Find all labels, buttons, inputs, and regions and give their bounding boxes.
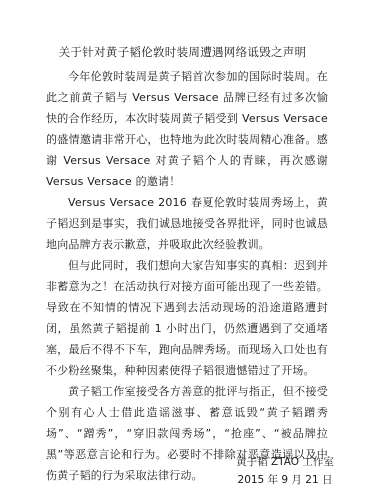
statement-page: 关于针对黄子韬伦敦时装周遭遇网络诋毁之声明 今年伦敦时装周是黄子韬首次参加的国际… [0,0,365,500]
paragraph-3: 但与此同时，我们想向大家告知事实的真相：迟到并非蓄意为之！在活动执行对接方面可能… [46,255,328,381]
statement-title: 关于针对黄子韬伦敦时装周遭遇网络诋毁之声明 [0,44,365,60]
paragraph-2: Versus Versace 2016 春夏伦敦时装周秀场上，黄子韬迟到是事实，… [46,192,328,255]
statement-body: 今年伦敦时装周是黄子韬首次参加的国际时装周。在此之前黄子韬与 Versus Ve… [46,66,328,486]
signature-studio: 黄子韬 ZTAO 工作室 [230,453,340,471]
paragraph-1: 今年伦敦时装周是黄子韬首次参加的国际时装周。在此之前黄子韬与 Versus Ve… [46,66,328,192]
signature-date: 2015 年 9 月 21 日 [230,471,340,489]
signature-block: 黄子韬 ZTAO 工作室 2015 年 9 月 21 日 [230,453,340,489]
